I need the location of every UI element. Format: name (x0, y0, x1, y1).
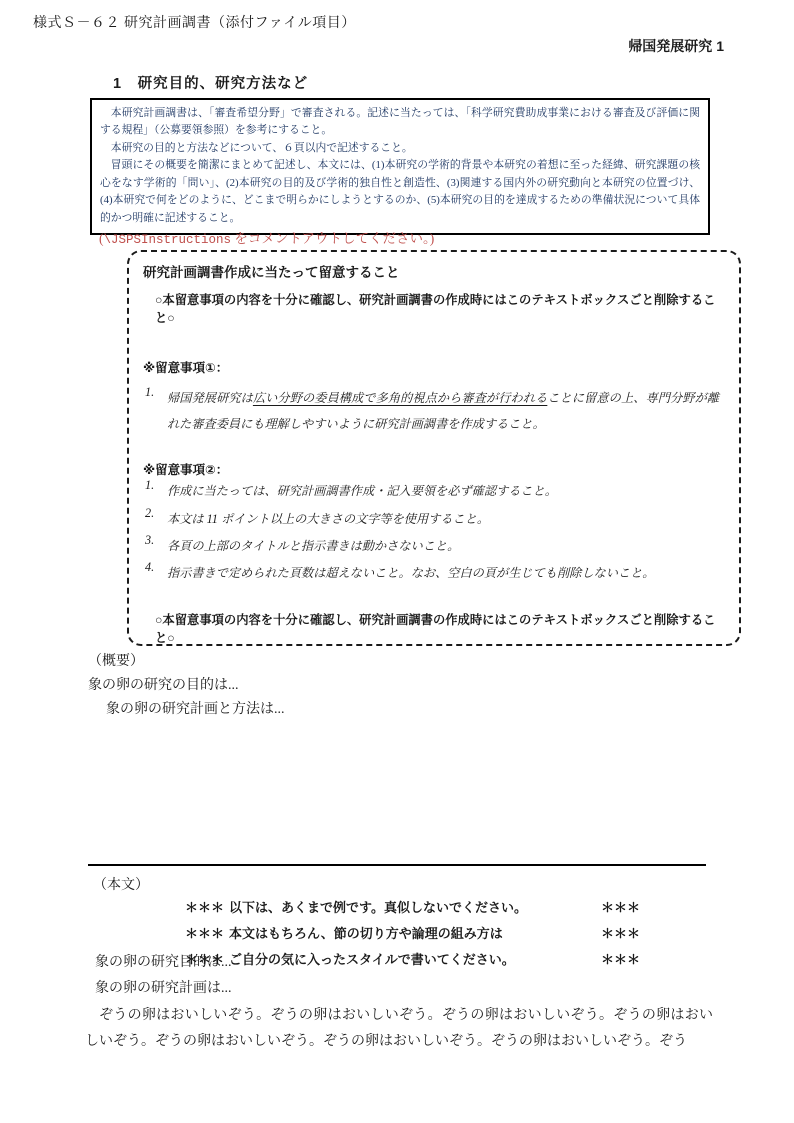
notice-item: 3. 各頁の上部のタイトルと指示書きは動かさないこと。 (143, 533, 723, 560)
item-number: 1. (143, 478, 167, 505)
document-page: { "page": { "form_code": "様式Ｓ－６２ 研究計画調書（… (0, 0, 794, 1123)
star-marker: ＊＊＊ (185, 923, 229, 942)
notice-warning-top: ○本留意事項の内容を十分に確認し、研究計画調書の作成時にはこのテキストボックスご… (143, 290, 723, 326)
notice-item: 1. 帰国発展研究は広い分野の委員構成で多角的視点から審査が行われることに留意の… (143, 385, 723, 437)
item-text: 指示書きで定められた頁数は超えないこと。なお、空白の頁が生じても削除しないこと。 (167, 560, 719, 587)
example-note-row: ＊＊＊ 本文はもちろん、節の切り方や論理の組み方は ＊＊＊ (185, 923, 640, 949)
notice-title: 研究計画調書作成に当たって留意すること (143, 261, 723, 281)
notice-section1-label: ※留意事項①： (143, 358, 723, 376)
body-line: 象の卵の研究計画は... (85, 976, 713, 1002)
item-number: 3. (143, 533, 167, 560)
item-text: 各頁の上部のタイトルと指示書きは動かさないこと。 (167, 533, 719, 560)
body-label: （本文） (93, 874, 149, 894)
item-text: 帰国発展研究は広い分野の委員構成で多角的視点から審査が行われることに留意の上、専… (167, 385, 719, 437)
summary-label: （概要） (88, 650, 728, 674)
section-divider (88, 864, 706, 866)
item-number: 1. (143, 385, 167, 437)
star-marker: ＊＊＊ (601, 897, 640, 916)
body-text: 象の卵の研究目的は... 象の卵の研究計画は... ぞうの卵はおいしいぞう。ぞう… (85, 950, 713, 1055)
example-note-row: ＊＊＊ 以下は、あくまで例です。真似しないでください。 ＊＊＊ (185, 897, 640, 923)
item-text: 本文は 11 ポイント以上の大きさの文字等を使用すること。 (167, 506, 719, 533)
notice-item: 2. 本文は 11 ポイント以上の大きさの文字等を使用すること。 (143, 506, 723, 533)
star-marker: ＊＊＊ (601, 923, 640, 942)
item-number: 4. (143, 560, 167, 587)
instruction-paragraph-3: 冒頭にその概要を簡潔にまとめて記述し、本文には、(1)本研究の学術的背景や本研究… (100, 157, 700, 227)
summary-section: （概要） 象の卵の研究の目的は... 象の卵の研究計画と方法は... (88, 650, 728, 722)
notice-section2-label: ※留意事項②： (143, 460, 723, 478)
notice-section2-list: 1. 作成に当たっては、研究計画調書作成・記入要領を必ず確認すること。 2. 本… (143, 478, 723, 587)
body-paragraph: ぞうの卵はおいしいぞう。ぞうの卵はおいしいぞう。ぞうの卵はおいしいぞう。ぞうの卵… (85, 1003, 713, 1055)
item-number: 2. (143, 506, 167, 533)
notice-warning-bottom: ○本留意事項の内容を十分に確認し、研究計画調書の作成時にはこのテキストボックスご… (143, 610, 723, 646)
instruction-paragraph-1: 本研究計画調書は、「審査希望分野」で審査される。記述に当たっては、「科学研究費助… (100, 105, 700, 140)
instruction-paragraph-2: 本研究の目的と方法などについて、６頁以内で記述すること。 (100, 140, 700, 157)
page-header-category: 帰国発展研究 1 (0, 36, 724, 56)
example-note-text: 本文はもちろん、節の切り方や論理の組み方は (229, 923, 601, 942)
latex-comment-line: (\JSPSInstructions をコメントアウトしてください。) (99, 227, 434, 247)
comment-text: をコメントアウトしてください。) (231, 231, 434, 246)
item-text: 作成に当たっては、研究計画調書作成・記入要領を必ず確認すること。 (167, 478, 719, 505)
underlined-phrase: 広い分野の委員構成で多角的視点から審査が行われる (253, 391, 547, 405)
example-note-text: 以下は、あくまで例です。真似しないでください。 (229, 897, 601, 916)
body-line: 象の卵の研究目的は... (85, 950, 713, 976)
comment-command: \JSPSInstructions (104, 233, 232, 247)
form-code: 様式Ｓ－６２ 研究計画調書（添付ファイル項目） (33, 12, 356, 32)
star-marker: ＊＊＊ (185, 897, 229, 916)
summary-line: 象の卵の研究の目的は... (88, 674, 728, 698)
summary-line: 象の卵の研究計画と方法は... (88, 698, 728, 722)
notice-item: 1. 作成に当たっては、研究計画調書作成・記入要領を必ず確認すること。 (143, 478, 723, 505)
notice-section1-list: 1. 帰国発展研究は広い分野の委員構成で多角的視点から審査が行われることに留意の… (143, 385, 723, 437)
section-title: 1 研究目的、研究方法など (113, 72, 308, 93)
notice-textbox: 研究計画調書作成に当たって留意すること ○本留意事項の内容を十分に確認し、研究計… (127, 250, 741, 646)
notice-item: 4. 指示書きで定められた頁数は超えないこと。なお、空白の頁が生じても削除しない… (143, 560, 723, 587)
instruction-box: 本研究計画調書は、「審査希望分野」で審査される。記述に当たっては、「科学研究費助… (90, 98, 710, 235)
